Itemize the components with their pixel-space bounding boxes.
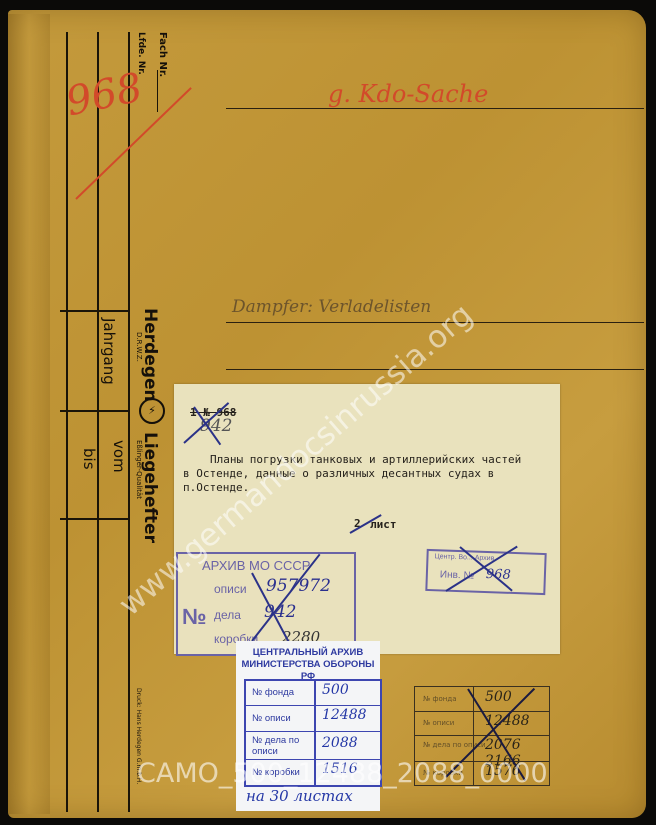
file-id-watermark: CAMO_500_12488_2088_0000 — [137, 758, 548, 789]
stamp-line-1: Центр. Во... Архив — [434, 553, 494, 562]
old-fond-label: № фонда — [423, 695, 456, 703]
bis-label: bis — [80, 448, 98, 470]
opis-label: № описи — [252, 713, 291, 724]
table-divider — [246, 731, 380, 732]
rule-line — [97, 32, 99, 812]
brand-name: Herdegen — [140, 308, 160, 402]
description-line-1: Планы погрузки танковых и артиллерийских… — [210, 453, 521, 467]
central-archive-inventory-stamp: Центр. Во... Архив Инв. № 968 — [425, 549, 546, 595]
old-opis-label: № описи — [423, 719, 454, 727]
jahrgang-label: Jahrgang — [100, 318, 118, 385]
delo-value: 2088 — [322, 735, 358, 751]
writing-line — [226, 108, 644, 109]
archive-label-header: ЦЕНТРАЛЬНЫЙ АРХИВ МИНИСТЕРСТВА ОБОРОНЫ Р… — [236, 647, 380, 683]
rule-line — [66, 32, 68, 812]
table-divider — [415, 735, 549, 736]
old-number-handwritten: 942 — [200, 416, 232, 436]
fach-nr-label: Fach Nr. — [157, 32, 168, 77]
stamp-title: АРХИВ МО СССР — [202, 558, 310, 573]
table-divider — [246, 705, 380, 706]
rule-line — [60, 310, 130, 312]
stamp-no-symbol: № — [182, 604, 207, 630]
fach-nr-line — [157, 70, 158, 112]
brand-sub: D.R.W.Z. — [135, 332, 143, 362]
old-fond-value: 500 — [485, 689, 512, 705]
rule-line — [60, 518, 130, 520]
brand-logo-icon: ⚡ — [139, 398, 165, 424]
fond-label: № фонда — [252, 687, 294, 698]
archive-header-line-1: ЦЕНТРАЛЬНЫЙ АРХИВ — [236, 647, 380, 659]
delo-label: № дела по описи — [252, 735, 312, 757]
description-line-2: в Остенде, данные о различных десантных … — [183, 467, 494, 481]
pencil-title: Dampfer: Verladelisten — [232, 297, 431, 317]
fond-value: 500 — [322, 682, 349, 698]
rule-line — [60, 410, 130, 412]
sheets-label: лист — [370, 518, 397, 532]
sheet-count-note: на 30 листах — [246, 787, 353, 805]
stamp-row-label: описи — [214, 582, 247, 596]
folder-edge — [8, 14, 50, 814]
red-classification: g. Kdo-Sache — [328, 80, 488, 108]
product-sub: Eßlinger-Qualität — [135, 440, 143, 499]
writing-line — [226, 369, 644, 370]
stamp-row-label: дела — [214, 608, 241, 622]
vom-label: vom — [110, 440, 128, 473]
product-name: Liegehefter — [140, 432, 160, 543]
opis-value: 12488 — [322, 707, 367, 723]
